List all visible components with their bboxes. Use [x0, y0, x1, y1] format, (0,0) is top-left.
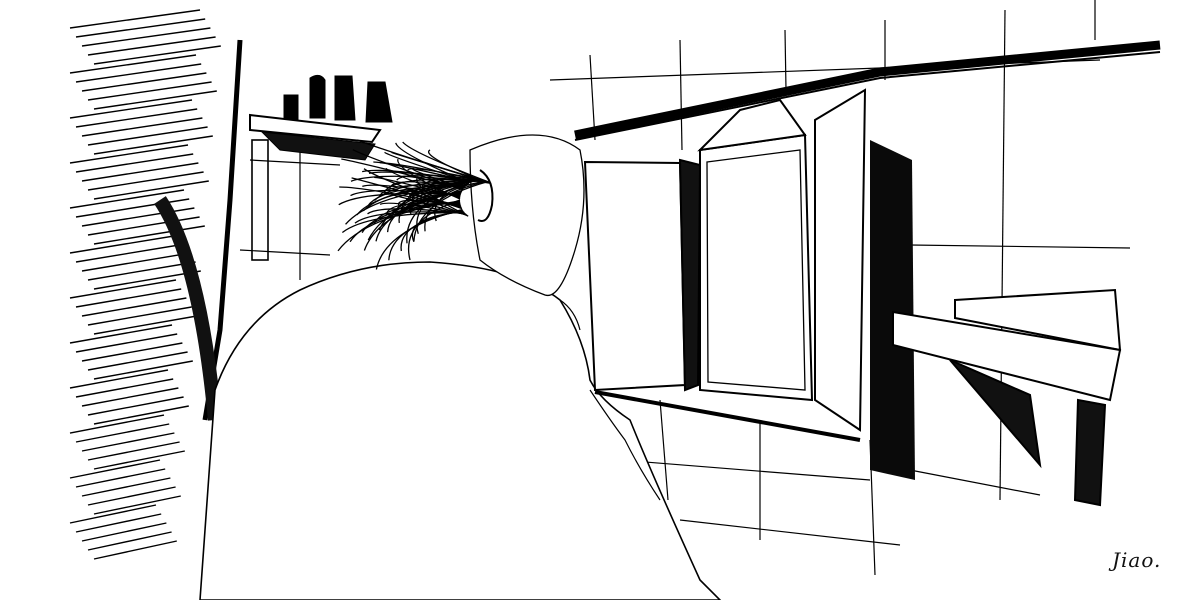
ink-drawing: [0, 0, 1200, 600]
dark-shadow-wall: [870, 140, 915, 480]
shelf-with-bottles: [250, 75, 392, 160]
artist-signature: Jiao.: [1112, 548, 1161, 572]
towel-rail: [575, 45, 1160, 140]
trifold-mirror: [585, 90, 865, 440]
